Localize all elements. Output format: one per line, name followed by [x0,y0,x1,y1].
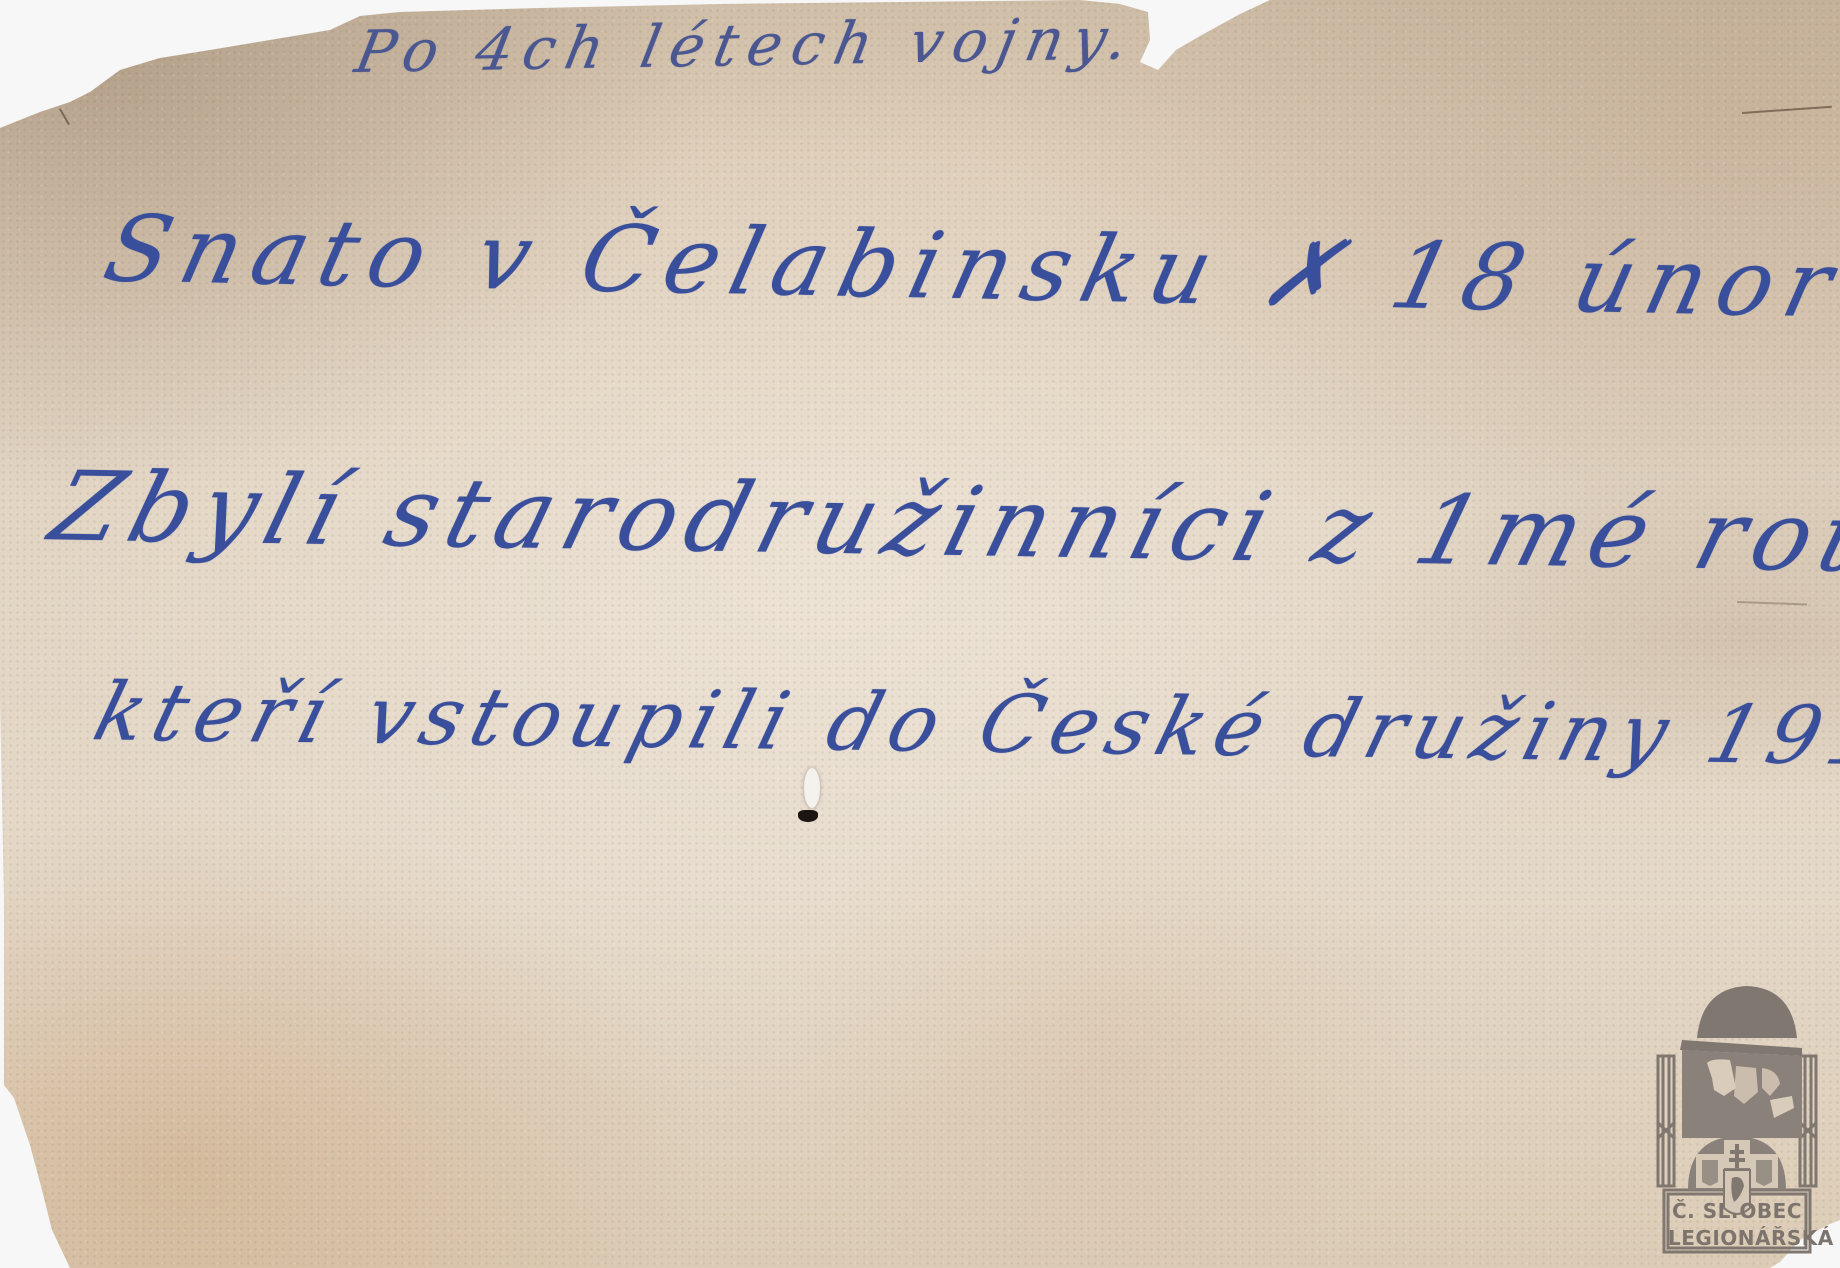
stamp-line-2: LEGIONÁŘSKÁ [1668,1226,1806,1250]
paper-sheet [0,0,1840,1268]
scan-stage: Po 4ch létech vojny. Snato v Čelabinsku … [0,0,1840,1268]
handwritten-line-1: Po 4ch létech vojny. [350,4,1144,86]
stamp-line-1: Č. SL. OBEC [1668,1199,1806,1223]
stamp-text-right: OBEC [1739,1199,1802,1223]
stamp-text-left: Č. SL. [1672,1199,1739,1223]
legion-stamp: Č. SL. OBEC LEGIONÁŘSKÁ [1652,968,1822,1258]
paper-hole [790,768,834,824]
